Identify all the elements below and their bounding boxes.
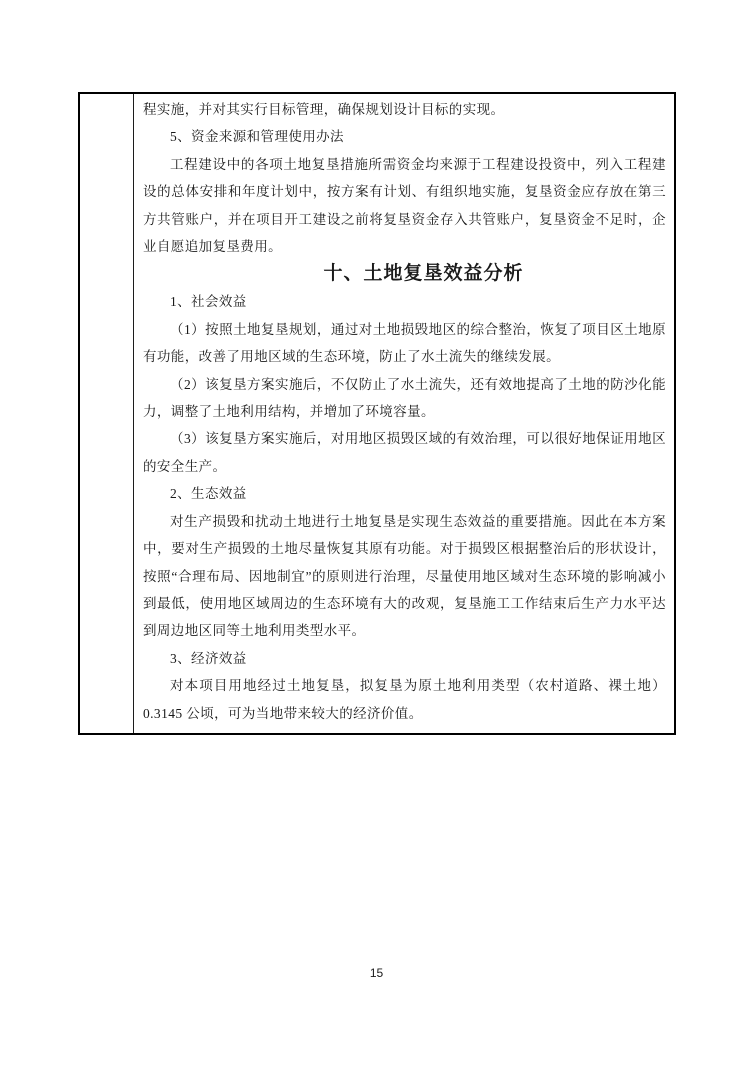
table-content-cell: 程实施，并对其实行目标管理，确保规划设计目标的实现。 5、资金来源和管理使用办法…: [134, 94, 674, 733]
section-heading: 十、土地复垦效益分析: [143, 260, 666, 288]
table-stub-column: [80, 94, 134, 733]
economic-paragraph-1: 对本项目用地经过土地复垦，拟复垦为原土地利用类型（农村道路、裸土地）0.3145…: [143, 672, 666, 727]
funding-item-paragraph: 工程建设中的各项土地复垦措施所需资金均来源于工程建设投资中，列入工程建设的总体安…: [143, 151, 666, 261]
document-page: { "colors": { "background": "#ffffff", "…: [0, 0, 753, 1066]
social-paragraph-3: （3）该复垦方案实施后，对用地区损毁区域的有效治理，可以很好地保证用地区的安全生…: [143, 425, 666, 480]
continuation-tail-line: 程实施，并对其实行目标管理，确保规划设计目标的实现。: [143, 96, 666, 123]
subsection-title-social: 1、社会效益: [143, 288, 666, 315]
subsection-title-ecological: 2、生态效益: [143, 480, 666, 507]
page-number: 15: [0, 966, 753, 980]
subsection-title-economic: 3、经济效益: [143, 645, 666, 672]
content-table: 程实施，并对其实行目标管理，确保规划设计目标的实现。 5、资金来源和管理使用办法…: [78, 92, 676, 735]
social-paragraph-2: （2）该复垦方案实施后，不仅防止了水土流失，还有效地提高了土地的防沙化能力，调整…: [143, 371, 666, 426]
ecological-paragraph-1: 对生产损毁和扰动土地进行土地复垦是实现生态效益的重要措施。因此在本方案中，要对生…: [143, 508, 666, 645]
funding-item-title: 5、资金来源和管理使用办法: [143, 123, 666, 150]
social-paragraph-1: （1）按照土地复垦规划，通过对土地损毁地区的综合整治，恢复了项目区土地原有功能，…: [143, 316, 666, 371]
